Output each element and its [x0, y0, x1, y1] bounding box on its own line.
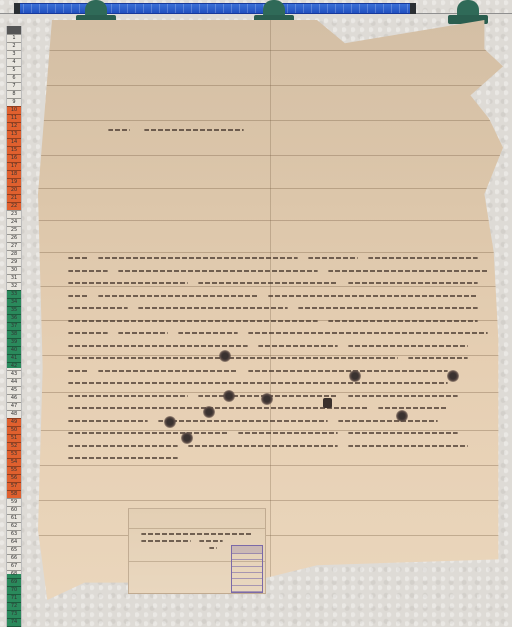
- stamp-row: [232, 586, 262, 592]
- tape-number: 46: [7, 394, 21, 402]
- tape-number: 28: [7, 250, 21, 258]
- ink-seal: [261, 393, 273, 405]
- tape-number: 47: [7, 402, 21, 410]
- tape-number: 5: [7, 66, 21, 74]
- tape-number: 53: [7, 450, 21, 458]
- tape-number: 17: [7, 162, 21, 170]
- label-note-line: [141, 533, 253, 535]
- tape-number: 31: [7, 274, 21, 282]
- tape-number: 52: [7, 442, 21, 450]
- tape-number: 7: [7, 82, 21, 90]
- heading-word: [108, 129, 130, 131]
- tape-number: 60: [7, 506, 21, 514]
- tape-number: 50: [7, 426, 21, 434]
- tape-number: 51: [7, 434, 21, 442]
- tape-number: 9: [7, 98, 21, 106]
- stamp-header: [232, 546, 262, 554]
- tape-number: 15: [7, 146, 21, 154]
- label-note-line: [141, 540, 191, 542]
- tape-number: 33: [7, 290, 21, 298]
- tape-number: 54: [7, 458, 21, 466]
- tape-number: 6: [7, 74, 21, 82]
- measuring-tape: 1234567891011121314151617181920212223242…: [6, 26, 22, 627]
- tape-number: 42: [7, 362, 21, 370]
- label-note-mark: [209, 547, 217, 549]
- tape-number: 39: [7, 338, 21, 346]
- tape-number: 55: [7, 466, 21, 474]
- tape-number: 22: [7, 202, 21, 210]
- tape-number: 65: [7, 546, 21, 554]
- ruler-end-cap: [14, 3, 20, 14]
- tape-number: 62: [7, 522, 21, 530]
- tape-number: 59: [7, 498, 21, 506]
- tape-number: 26: [7, 234, 21, 242]
- tape-number: 63: [7, 530, 21, 538]
- tape-number: 2: [7, 42, 21, 50]
- tape-number: 4: [7, 58, 21, 66]
- ink-seal: [349, 370, 361, 382]
- tape-number: 29: [7, 258, 21, 266]
- ruler-ticks: [15, 4, 415, 13]
- tape-number: 20: [7, 186, 21, 194]
- catalog-label: [128, 508, 266, 594]
- ink-seal: [223, 390, 235, 402]
- ruler-end-cap: [410, 3, 416, 14]
- tape-number: 41: [7, 354, 21, 362]
- tape-number: 12: [7, 122, 21, 130]
- ink-seal: [164, 416, 176, 428]
- tape-number: 43: [7, 370, 21, 378]
- tape-number: 48: [7, 410, 21, 418]
- tape-number: 45: [7, 386, 21, 394]
- tape-number: 1: [7, 34, 21, 42]
- tape-number: 56: [7, 474, 21, 482]
- tape-number: 30: [7, 266, 21, 274]
- tape-number: 8: [7, 90, 21, 98]
- ink-seal: [219, 350, 231, 362]
- tape-number: 49: [7, 418, 21, 426]
- top-ruler: [14, 3, 416, 14]
- ink-seal: [447, 370, 459, 382]
- tape-number: 64: [7, 538, 21, 546]
- tape-number: 24: [7, 218, 21, 226]
- tape-end-cap: [7, 26, 21, 34]
- tape-number: 61: [7, 514, 21, 522]
- tape-number: 58: [7, 490, 21, 498]
- tape-number: 36: [7, 314, 21, 322]
- tape-number: 34: [7, 298, 21, 306]
- tape-number: 69: [7, 578, 21, 586]
- tape-number: 23: [7, 210, 21, 218]
- tape-number: 66: [7, 554, 21, 562]
- ink-seal: [181, 432, 193, 444]
- tape-number: 74: [7, 618, 21, 626]
- tape-number: 40: [7, 346, 21, 354]
- tape-number: 44: [7, 378, 21, 386]
- heading-phrase: [144, 129, 244, 131]
- document-body: [68, 252, 498, 465]
- tape-number: 37: [7, 322, 21, 330]
- tape-number: 10: [7, 106, 21, 114]
- tape-number: 67: [7, 562, 21, 570]
- tape-number: 35: [7, 306, 21, 314]
- tape-number: 68: [7, 570, 21, 578]
- archive-stamp: [231, 545, 263, 593]
- tape-number: 72: [7, 602, 21, 610]
- manuscript-paper: [38, 20, 503, 600]
- tape-number: 21: [7, 194, 21, 202]
- tape-number: 19: [7, 178, 21, 186]
- tape-number: 25: [7, 226, 21, 234]
- document-heading: [108, 125, 244, 135]
- tape-number: 38: [7, 330, 21, 338]
- tape-number: 73: [7, 610, 21, 618]
- tape-number: 70: [7, 586, 21, 594]
- square-seal: [323, 398, 332, 408]
- tape-number: 57: [7, 482, 21, 490]
- tape-numbers: 1234567891011121314151617181920212223242…: [7, 34, 21, 626]
- ink-seal: [203, 406, 215, 418]
- tape-number: 11: [7, 114, 21, 122]
- label-note-line: [199, 540, 223, 542]
- tape-number: 13: [7, 130, 21, 138]
- label-fold-line: [129, 528, 265, 529]
- tape-number: 18: [7, 170, 21, 178]
- tape-number: 27: [7, 242, 21, 250]
- tape-number: 3: [7, 50, 21, 58]
- ink-seal: [396, 410, 408, 422]
- tape-number: 16: [7, 154, 21, 162]
- tape-number: 14: [7, 138, 21, 146]
- tape-number: 32: [7, 282, 21, 290]
- tape-number: 71: [7, 594, 21, 602]
